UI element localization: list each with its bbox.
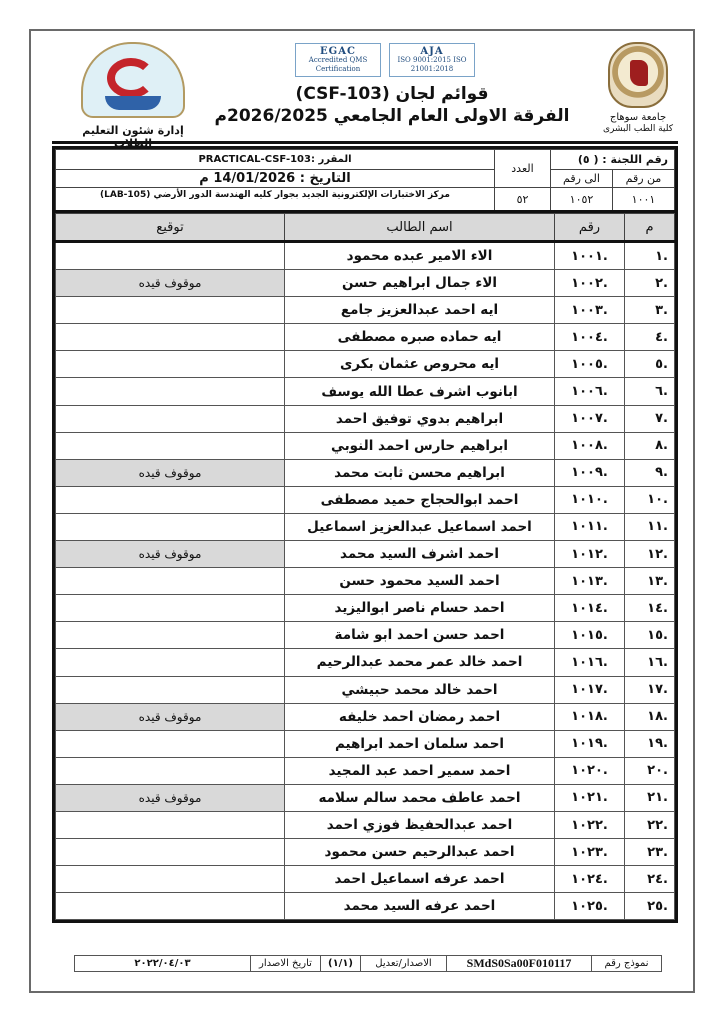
row-signature: [56, 378, 285, 405]
row-serial: .١٩: [625, 730, 675, 757]
from-number-label: من رقم: [613, 170, 675, 188]
row-student-name: احمد رمضان احمد خليفه: [285, 703, 555, 730]
column-header-number: رقم: [555, 214, 625, 242]
row-signature: موقوف قيده: [56, 784, 285, 811]
row-serial: .٢٥: [625, 893, 675, 920]
row-signature: [56, 676, 285, 703]
table-row: .١٠.١٠١٠احمد ابوالحجاج حميد مصطفى: [56, 486, 675, 513]
issue-date-value: ٢٠٢٢/٠٤/٠٣: [75, 956, 251, 972]
row-signature: [56, 297, 285, 324]
row-student-name: احمد حسام ناصر ابواليزيد: [285, 595, 555, 622]
row-signature: [56, 486, 285, 513]
row-seat-number: .١٠٠٩: [555, 459, 625, 486]
table-row: .٢.١٠٠٢الاء جمال ابراهيم حسنموقوف قيده: [56, 270, 675, 297]
row-signature: [56, 757, 285, 784]
row-student-name: احمد سلمان احمد ابراهيم: [285, 730, 555, 757]
table-row: .١١.١٠١١احمد اسماعيل عبدالعزيز اسماعيل: [56, 513, 675, 540]
row-student-name: احمد اشرف السيد محمد: [285, 541, 555, 568]
table-row: .١.١٠٠١الاء الامير عبده محمود: [56, 242, 675, 270]
row-seat-number: .١٠٢٤: [555, 866, 625, 893]
table-row: .٢٠.١٠٢٠احمد سمير احمد عبد المجيد: [56, 757, 675, 784]
row-signature: [56, 324, 285, 351]
table-row: .١٢.١٠١٢احمد اشرف السيد محمدموقوف قيده: [56, 541, 675, 568]
form-footer: نموذج رقم SMdS0Sa00F010117 الاصدار/تعديل…: [74, 955, 662, 972]
document-title: قوائم لجان (CSF-103) الفرقة الاولى العام…: [202, 83, 582, 127]
row-serial: .١٨: [625, 703, 675, 730]
row-signature: [56, 649, 285, 676]
row-seat-number: .١٠١٥: [555, 622, 625, 649]
row-seat-number: .١٠٠٨: [555, 432, 625, 459]
row-signature: [56, 622, 285, 649]
row-serial: .٢: [625, 270, 675, 297]
row-serial: .٢٢: [625, 811, 675, 838]
row-signature: [56, 595, 285, 622]
row-serial: .١١: [625, 513, 675, 540]
table-row: .٩.١٠٠٩ابراهيم محسن ثابت محمدموقوف قيده: [56, 459, 675, 486]
row-seat-number: .١٠٢٢: [555, 811, 625, 838]
row-seat-number: .١٠٠٦: [555, 378, 625, 405]
edition-value: (١/١): [321, 956, 361, 972]
row-seat-number: .١٠١٧: [555, 676, 625, 703]
table-header-row: م رقم اسم الطالب توقيع: [56, 214, 675, 242]
row-signature: [56, 242, 285, 270]
row-serial: .١٧: [625, 676, 675, 703]
aja-logo: AJA ISO 9001:2015 ISO 21001:2018: [389, 43, 475, 77]
table-row: .٨.١٠٠٨ابراهيم حارس احمد النوبي: [56, 432, 675, 459]
title-line-1: قوائم لجان (CSF-103): [202, 83, 582, 105]
committee-number: رقم اللجنة : ( ٥): [550, 150, 674, 170]
university-name: جامعة سوهاج: [598, 112, 678, 123]
row-serial: .١٤: [625, 595, 675, 622]
exam-location: مركز الاختبارات الإلكترونية الجديد بجوار…: [56, 188, 495, 211]
header-divider: [52, 141, 678, 144]
row-seat-number: .١٠١٣: [555, 568, 625, 595]
edition-label: الاصدار/تعديل: [361, 956, 447, 972]
row-student-name: ابراهيم حارس احمد النوبي: [285, 432, 555, 459]
row-serial: .٢٤: [625, 866, 675, 893]
row-signature: [56, 568, 285, 595]
row-seat-number: .١٠١١: [555, 513, 625, 540]
from-number-value: ١٠٠١: [613, 188, 675, 211]
row-signature: [56, 432, 285, 459]
row-seat-number: .١٠١٨: [555, 703, 625, 730]
university-logo: جامعة سوهاج كلية الطب البشرى: [598, 42, 678, 134]
row-serial: .٦: [625, 378, 675, 405]
form-number-label: نموذج رقم: [592, 956, 662, 972]
row-signature: موقوف قيده: [56, 541, 285, 568]
row-seat-number: .١٠١٢: [555, 541, 625, 568]
students-table: م رقم اسم الطالب توقيع .١.١٠٠١الاء الامي…: [52, 210, 678, 923]
row-serial: .٢٠: [625, 757, 675, 784]
row-student-name: احمد اسماعيل عبدالعزيز اسماعيل: [285, 513, 555, 540]
row-student-name: احمد سمير احمد عبد المجيد: [285, 757, 555, 784]
row-serial: .١٣: [625, 568, 675, 595]
row-serial: .٢٣: [625, 839, 675, 866]
row-seat-number: .١٠٠١: [555, 242, 625, 270]
table-row: .٧.١٠٠٧ابراهيم بدوي توفيق احمد: [56, 405, 675, 432]
faculty-name: كلية الطب البشرى: [598, 124, 678, 134]
row-seat-number: .١٠١٠: [555, 486, 625, 513]
row-signature: [56, 351, 285, 378]
table-row: .١٦.١٠١٦احمد خالد عمر محمد عبدالرحيم: [56, 649, 675, 676]
sohag-university-crest-icon: [608, 42, 668, 108]
row-student-name: احمد خالد عمر محمد عبدالرحيم: [285, 649, 555, 676]
row-seat-number: .١٠٢٣: [555, 839, 625, 866]
row-student-name: ابراهيم محسن ثابت محمد: [285, 459, 555, 486]
row-student-name: احمد عبدالرحيم حسن محمود: [285, 839, 555, 866]
course-code: المقرر :PRACTICAL-CSF-103: [56, 150, 495, 170]
row-student-name: احمد عاطف محمد سالم سلامه: [285, 784, 555, 811]
row-seat-number: .١٠٠٤: [555, 324, 625, 351]
committee-info: رقم اللجنة : ( ٥) العدد المقرر :PRACTICA…: [52, 146, 678, 214]
row-student-name: احمد عبدالحفيظ فوزي احمد: [285, 811, 555, 838]
table-row: .٦.١٠٠٦ابانوب اشرف عطا الله يوسف: [56, 378, 675, 405]
row-serial: .٨: [625, 432, 675, 459]
row-signature: [56, 513, 285, 540]
table-row: .٥.١٠٠٥ايه محروص عثمان بكرى: [56, 351, 675, 378]
table-row: .٢١.١٠٢١احمد عاطف محمد سالم سلامهموقوف ق…: [56, 784, 675, 811]
table-row: .٣.١٠٠٣ايه احمد عبدالعزيز جامع: [56, 297, 675, 324]
row-seat-number: .١٠١٩: [555, 730, 625, 757]
row-serial: .١٢: [625, 541, 675, 568]
exam-date: التاريخ : 14/01/2026 م: [56, 170, 495, 188]
to-number-value: ١٠٥٢: [550, 188, 612, 211]
issue-date-label: تاريخ الاصدار: [251, 956, 321, 972]
row-student-name: احمد السيد محمود حسن: [285, 568, 555, 595]
table-row: .٢٢.١٠٢٢احمد عبدالحفيظ فوزي احمد: [56, 811, 675, 838]
row-seat-number: .١٠٢٠: [555, 757, 625, 784]
row-seat-number: .١٠٠٧: [555, 405, 625, 432]
egac-logo: EGAC Accredited QMS Certification: [295, 43, 381, 77]
column-header-student-name: اسم الطالب: [285, 214, 555, 242]
row-seat-number: .١٠١٤: [555, 595, 625, 622]
table-row: .١٧.١٠١٧احمد خالد محمد حبيشي: [56, 676, 675, 703]
table-row: .١٩.١٠١٩احمد سلمان احمد ابراهيم: [56, 730, 675, 757]
row-student-name: ايه محروص عثمان بكرى: [285, 351, 555, 378]
row-serial: .١٠: [625, 486, 675, 513]
row-serial: .١: [625, 242, 675, 270]
column-header-serial: م: [625, 214, 675, 242]
table-row: .٢٣.١٠٢٣احمد عبدالرحيم حسن محمود: [56, 839, 675, 866]
document-header: جامعة سوهاج كلية الطب البشرى EGAC Accred…: [52, 40, 678, 140]
row-signature: [56, 405, 285, 432]
row-signature: [56, 866, 285, 893]
row-serial: .٤: [625, 324, 675, 351]
row-student-name: ايه احمد عبدالعزيز جامع: [285, 297, 555, 324]
column-header-signature: توقيع: [56, 214, 285, 242]
row-student-name: ابانوب اشرف عطا الله يوسف: [285, 378, 555, 405]
row-seat-number: .١٠٠٣: [555, 297, 625, 324]
student-affairs-badge-icon: [81, 42, 185, 118]
title-line-2: الفرقة الاولى العام الجامعي 2026/2025م: [202, 105, 582, 127]
row-signature: موقوف قيده: [56, 703, 285, 730]
row-student-name: احمد عرفه السيد محمد: [285, 893, 555, 920]
row-serial: .١٦: [625, 649, 675, 676]
row-signature: موقوف قيده: [56, 270, 285, 297]
table-row: .٢٤.١٠٢٤احمد عرفه اسماعيل احمد: [56, 866, 675, 893]
row-student-name: ابراهيم بدوي توفيق احمد: [285, 405, 555, 432]
row-student-name: احمد ابوالحجاج حميد مصطفى: [285, 486, 555, 513]
row-signature: [56, 893, 285, 920]
table-row: .١٨.١٠١٨احمد رمضان احمد خليفهموقوف قيده: [56, 703, 675, 730]
table-row: .١٣.١٠١٣احمد السيد محمود حسن: [56, 568, 675, 595]
table-row: .١٥.١٠١٥احمد حسن احمد ابو شامة: [56, 622, 675, 649]
row-student-name: احمد عرفه اسماعيل احمد: [285, 866, 555, 893]
row-signature: [56, 839, 285, 866]
row-serial: .٥: [625, 351, 675, 378]
row-serial: .٢١: [625, 784, 675, 811]
row-seat-number: .١٠٠٥: [555, 351, 625, 378]
row-signature: [56, 811, 285, 838]
row-seat-number: .١٠٢١: [555, 784, 625, 811]
row-signature: موقوف قيده: [56, 459, 285, 486]
table-row: .٤.١٠٠٤ايه حماده صبره مصطفى: [56, 324, 675, 351]
row-seat-number: .١٠٢٥: [555, 893, 625, 920]
row-student-name: الاء جمال ابراهيم حسن: [285, 270, 555, 297]
row-serial: .٧: [625, 405, 675, 432]
row-seat-number: .١٠١٦: [555, 649, 625, 676]
row-seat-number: .١٠٠٢: [555, 270, 625, 297]
row-serial: .٣: [625, 297, 675, 324]
accreditation-logos: EGAC Accredited QMS Certification AJA IS…: [290, 43, 480, 77]
row-student-name: احمد حسن احمد ابو شامة: [285, 622, 555, 649]
count-label: العدد: [494, 150, 550, 188]
to-number-label: الى رقم: [550, 170, 612, 188]
table-row: .٢٥.١٠٢٥احمد عرفه السيد محمد: [56, 893, 675, 920]
row-signature: [56, 730, 285, 757]
row-student-name: الاء الامير عبده محمود: [285, 242, 555, 270]
row-serial: .١٥: [625, 622, 675, 649]
table-row: .١٤.١٠١٤احمد حسام ناصر ابواليزيد: [56, 595, 675, 622]
row-serial: .٩: [625, 459, 675, 486]
row-student-name: احمد خالد محمد حبيشي: [285, 676, 555, 703]
row-student-name: ايه حماده صبره مصطفى: [285, 324, 555, 351]
form-number-value: SMdS0Sa00F010117: [447, 956, 592, 972]
student-affairs-logo: إدارة شئون التعليم الطلاب: [68, 42, 198, 150]
count-value: ٥٢: [494, 188, 550, 211]
